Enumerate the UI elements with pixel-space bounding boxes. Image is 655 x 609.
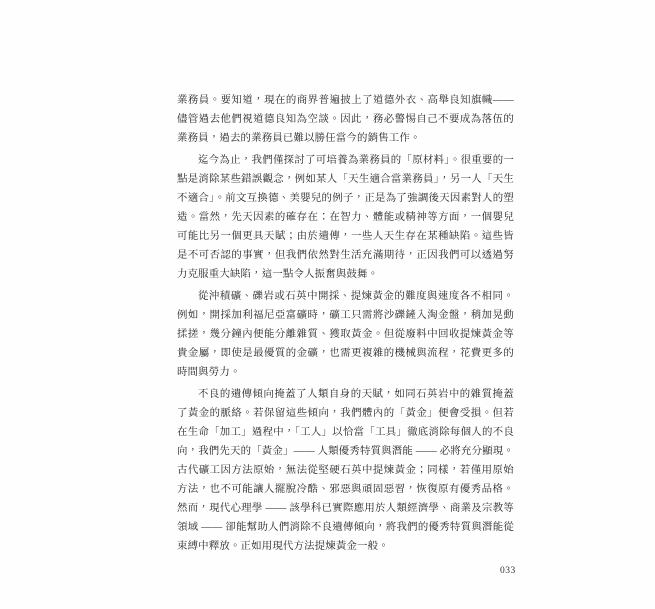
text-line: 揉搓，幾分鐘內便能分離雜質、獲取黃金。但從廢料中回收提煉黃金等 [177,325,514,344]
text-line: 迄今為止，我們僅探討了可培養為業務員的「原材料」。很重要的一 [177,151,514,170]
text-line: 時間與勞力。 [177,363,514,382]
text-line: 造。當然，先天因素的確存在：在智力、體能或精神等方面，一個嬰兒 [177,208,514,227]
text-line: 古代礦工因方法原始，無法從堅硬石英中提煉黃金；同樣，若僅用原始 [177,461,514,480]
book-page: 業務員。要知道，現在的商界普遍披上了道德外衣、高舉良知旗幟—— 儘管過去他們視道… [0,0,655,609]
text-line: 束縛中釋放。正如用現代方法提煉黃金一般。 [177,537,514,556]
text-line: 領域 —— 卻能幫助人們消除不良遺傳傾向，將我們的優秀特質與潛能從 [177,518,514,537]
text-line: 點是消除某些錯誤觀念，例如某人「天生適合當業務員」，另一人「天生 [177,170,514,189]
text-line: 貴金屬，即使是最優質的金礦，也需更複雜的機械與流程，花費更多的 [177,344,514,363]
text-line: 了黃金的脈絡。若保留這些傾向，我們體內的「黃金」便會受損。但若 [177,404,514,423]
text-line: 例如，開採加利福尼亞富礦時，礦工只需將沙礫鏟入淘金盤，稍加晃動 [177,306,514,325]
text-line: 儘管過去他們視道德良知為空談。因此，務必警惕自己不要成為落伍的 [177,110,514,129]
text-line: 可能比另一個更具天賦；由於遺傳，一些人天生存在某種缺陷。這些皆 [177,227,514,246]
text-line: 從沖積礦、礫岩或石英中開採、提煉黃金的難度與速度各不相同。 [177,287,514,306]
page-number: 033 [500,566,516,576]
paragraph: 從沖積礦、礫岩或石英中開採、提煉黃金的難度與速度各不相同。 例如，開採加利福尼亞… [177,287,514,382]
paragraph: 業務員。要知道，現在的商界普遍披上了道德外衣、高舉良知旗幟—— 儘管過去他們視道… [177,91,514,148]
body-text: 業務員。要知道，現在的商界普遍披上了道德外衣、高舉良知旗幟—— 儘管過去他們視道… [177,91,514,559]
text-line: 業務員，過去的業務員已難以勝任當今的銷售工作。 [177,129,514,148]
text-line: 向，我們先天的「黃金」—— 人類優秀特質與潛能 —— 必將充分顯現。 [177,442,514,461]
paragraph: 迄今為止，我們僅探討了可培養為業務員的「原材料」。很重要的一 點是消除某些錯誤觀… [177,151,514,285]
text-line: 是不可否認的事實，但我們依然對生活充滿期待，正因我們可以透過努 [177,246,514,265]
text-line: 業務員。要知道，現在的商界普遍披上了道德外衣、高舉良知旗幟—— [177,91,514,110]
text-line: 方法，也不可能讓人擺脫冷酷、邪惡與頑固惡習，恢復原有優秀品格。 [177,480,514,499]
text-line: 力克服重大缺陷，這一點令人振奮與鼓舞。 [177,265,514,284]
text-line: 在生命「加工」過程中，「工人」以恰當「工具」徹底消除每個人的不良傾 [177,423,514,442]
paragraph: 不良的遺傳傾向掩蓋了人類自身的天賦，如同石英岩中的雜質掩蓋 了黃金的脈絡。若保留… [177,385,514,557]
text-line: 不適合」。前文互換德、美嬰兒的例子，正是為了強調後天因素對人的塑 [177,189,514,208]
text-line: 然而，現代心理學 —— 該學科已實際應用於人類經濟學、商業及宗教等 [177,499,514,518]
text-line: 不良的遺傳傾向掩蓋了人類自身的天賦，如同石英岩中的雜質掩蓋 [177,385,514,404]
